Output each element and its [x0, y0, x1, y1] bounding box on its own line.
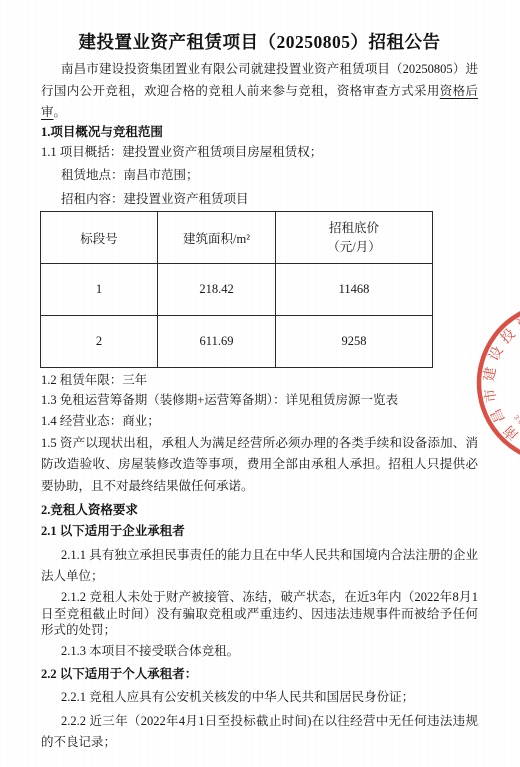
item-2-2-2: 2.2.2 近三年（2022年4月1日至投标截止时间)在以往经营中无任何违法违规…	[41, 711, 478, 752]
section-2-heading: 2.竞租人资格要求	[41, 502, 478, 518]
item-1-1-location: 租赁地点：南昌市范围；	[41, 164, 478, 188]
item-1-1-content: 招租内容：建投置业资产租赁项目	[41, 188, 478, 212]
item-1-5-as-is: 1.5 资产以现状出租，承租人为满足经营所必须办理的各类手续和设备添加、消防改造…	[41, 433, 478, 498]
item-2-2-1: 2.2.1 竞租人应具有公安机关核发的中华人民共和国居民身份证；	[41, 688, 478, 706]
item-2-2-individual-heading: 2.2 以下适用于个人承租者：	[41, 666, 478, 684]
lots-table: 标段号 建筑面积/m² 招租底价 （元/月） 1 218.42 11468 2 …	[40, 211, 433, 368]
table-row: 1 218.42 11468	[41, 264, 433, 316]
item-2-1-enterprise-heading: 2.1 以下适用于企业承租者	[41, 522, 478, 540]
header-building-area: 建筑面积/m²	[158, 212, 276, 264]
document-page: 建投置业资产租赁项目（20250805）招租公告 南昌市建设投资集团置业有限公司…	[41, 0, 478, 752]
item-1-1-overview: 1.1 项目概括：建投置业资产租赁项目房屋租赁权；	[41, 141, 478, 165]
intro-paragraph: 南昌市建设投资集团置业有限公司就建投置业资产租赁项目（20250805）进行国内…	[41, 59, 478, 124]
document-title: 建投置业资产租赁项目（20250805）招租公告	[41, 30, 478, 55]
item-2-1-2: 2.1.2 竞租人未处于财产被接管、冻结，破产状态，在近3年内（2022年8月1…	[41, 589, 478, 639]
cell-lot-number: 2	[41, 316, 158, 368]
table-header-row: 标段号 建筑面积/m² 招租底价 （元/月）	[41, 212, 433, 264]
cell-base-rent: 11468	[276, 264, 433, 316]
cell-lot-number: 1	[41, 264, 158, 316]
cell-building-area: 611.69	[158, 316, 276, 368]
item-2-1-1: 2.1.1 具有独立承担民事责任的能力且在中华人民共和国境内合法注册的企业法人单…	[41, 545, 478, 587]
header-base-rent: 招租底价 （元/月）	[276, 212, 433, 264]
cell-base-rent: 9258	[276, 316, 433, 368]
cell-building-area: 218.42	[158, 264, 276, 316]
header-lot-number: 标段号	[41, 212, 158, 264]
intro-text-after: 。	[54, 105, 67, 119]
item-2-1-3: 2.1.3 本项目不接受联合体竞租。	[41, 643, 478, 660]
table-row: 2 611.69 9258	[41, 316, 433, 368]
intro-text-before: 南昌市建设投资集团置业有限公司就建投置业资产租赁项目（20250805）进行国内…	[41, 62, 478, 98]
item-1-2-term: 1.2 租赁年限：三年	[41, 371, 478, 390]
item-1-4-business-type: 1.4 经营业态：商业；	[41, 411, 478, 433]
section-1-heading: 1.项目概况与竞租范围	[41, 124, 478, 140]
item-1-3-rent-free: 1.3 免租运营筹备期（装修期+运营筹备期）：详见租赁房源一览表	[41, 390, 478, 411]
